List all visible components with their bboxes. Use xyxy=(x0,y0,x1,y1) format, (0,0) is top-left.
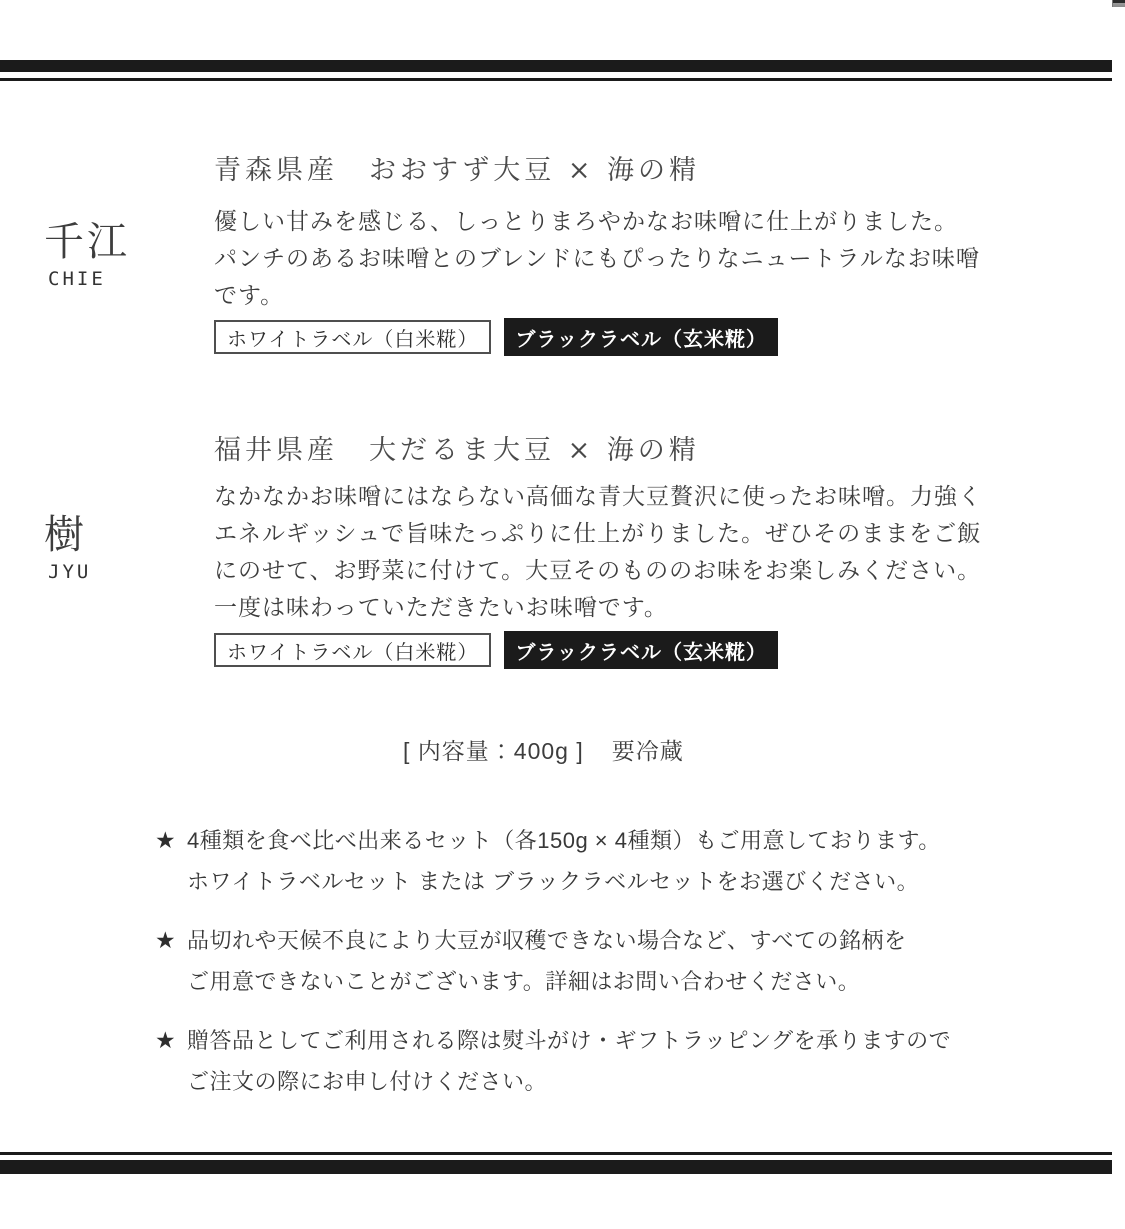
white-label-tag[interactable]: ホワイトラベル（白米糀） xyxy=(214,320,491,354)
miso-product-info-page: 千江 CHIE 青森県産 おおすず大豆 × 海の精 優しい甘みを感じる、しっとり… xyxy=(0,0,1125,1229)
star-icon: ★ xyxy=(155,820,176,861)
black-label-tag[interactable]: ブラックラベル（玄米糀） xyxy=(504,318,778,356)
description-line: です。 xyxy=(214,277,980,314)
description-line: 優しい甘みを感じる、しっとりまろやかなお味噌に仕上がりました。 xyxy=(214,203,980,240)
notes-list: ★ 4種類を食べ比べ出来るセット（各150g × 4種類）もご用意しております。… xyxy=(155,820,985,1120)
note-line: ホワイトラベルセット または ブラックラベルセットをお選びください。 xyxy=(187,861,985,902)
note-item: ★ 贈答品としてご利用される際は熨斗がけ・ギフトラッピングを承りますので ご注文… xyxy=(155,1020,985,1102)
product-title: 福井県産 大だるま大豆 × 海の精 xyxy=(214,435,700,467)
black-label-tag[interactable]: ブラックラベル（玄米糀） xyxy=(504,631,778,669)
bottom-divider-thick xyxy=(0,1160,1112,1174)
product-name-block: 千江 CHIE xyxy=(44,218,164,290)
note-line: ご注文の際にお申し付けください。 xyxy=(187,1061,985,1102)
white-label-tag[interactable]: ホワイトラベル（白米糀） xyxy=(214,633,491,667)
storage-text: 要冷蔵 xyxy=(612,738,684,764)
description-line: にのせて、お野菜に付けて。大豆そのもののお味をお楽しみください。 xyxy=(214,552,982,589)
star-icon: ★ xyxy=(155,1020,176,1061)
description-line: なかなかお味噌にはならない高価な青大豆贅沢に使ったお味噌。力強く xyxy=(214,478,982,515)
note-line: ご用意できないことがございます。詳細はお問い合わせください。 xyxy=(187,961,985,1002)
product-description: 優しい甘みを感じる、しっとりまろやかなお味噌に仕上がりました。 パンチのあるお味… xyxy=(214,203,980,314)
top-divider-thick xyxy=(0,60,1112,72)
description-line: 一度は味わっていただきたいお味噌です。 xyxy=(214,589,982,626)
product-description: なかなかお味噌にはならない高価な青大豆贅沢に使ったお味噌。力強く エネルギッシュ… xyxy=(214,478,982,626)
product-name-romaji: CHIE xyxy=(44,268,164,290)
description-line: エネルギッシュで旨味たっぷりに仕上がりました。ぜひそのままをご飯 xyxy=(214,515,982,552)
volume-text: [ 内容量：400g ] xyxy=(403,738,584,764)
product-title: 青森県産 おおすず大豆 × 海の精 xyxy=(214,155,700,187)
product-name-kanji: 千江 xyxy=(44,218,164,266)
note-line: 4種類を食べ比べ出来るセット（各150g × 4種類）もご用意しております。 xyxy=(187,820,985,861)
top-divider-thin xyxy=(0,78,1112,81)
note-item: ★ 品切れや天候不良により大豆が収穫できない場合など、すべての銘柄を ご用意でき… xyxy=(155,920,985,1002)
note-line: 品切れや天候不良により大豆が収穫できない場合など、すべての銘柄を xyxy=(187,920,985,961)
product-name-block: 樹 JYU xyxy=(44,511,164,583)
note-line: 贈答品としてご利用される際は熨斗がけ・ギフトラッピングを承りますので xyxy=(187,1020,985,1061)
note-item: ★ 4種類を食べ比べ出来るセット（各150g × 4種類）もご用意しております。… xyxy=(155,820,985,902)
label-options: ホワイトラベル（白米糀） ブラックラベル（玄米糀） xyxy=(214,631,778,669)
window-corner-fragment xyxy=(1112,0,1125,7)
product-name-romaji: JYU xyxy=(44,561,164,583)
package-info: [ 内容量：400g ]要冷蔵 xyxy=(403,733,684,766)
bottom-divider-thin xyxy=(0,1152,1112,1155)
star-icon: ★ xyxy=(155,920,176,961)
description-line: パンチのあるお味噌とのブレンドにもぴったりなニュートラルなお味噌 xyxy=(214,240,980,277)
product-name-kanji: 樹 xyxy=(44,511,164,559)
label-options: ホワイトラベル（白米糀） ブラックラベル（玄米糀） xyxy=(214,318,778,356)
